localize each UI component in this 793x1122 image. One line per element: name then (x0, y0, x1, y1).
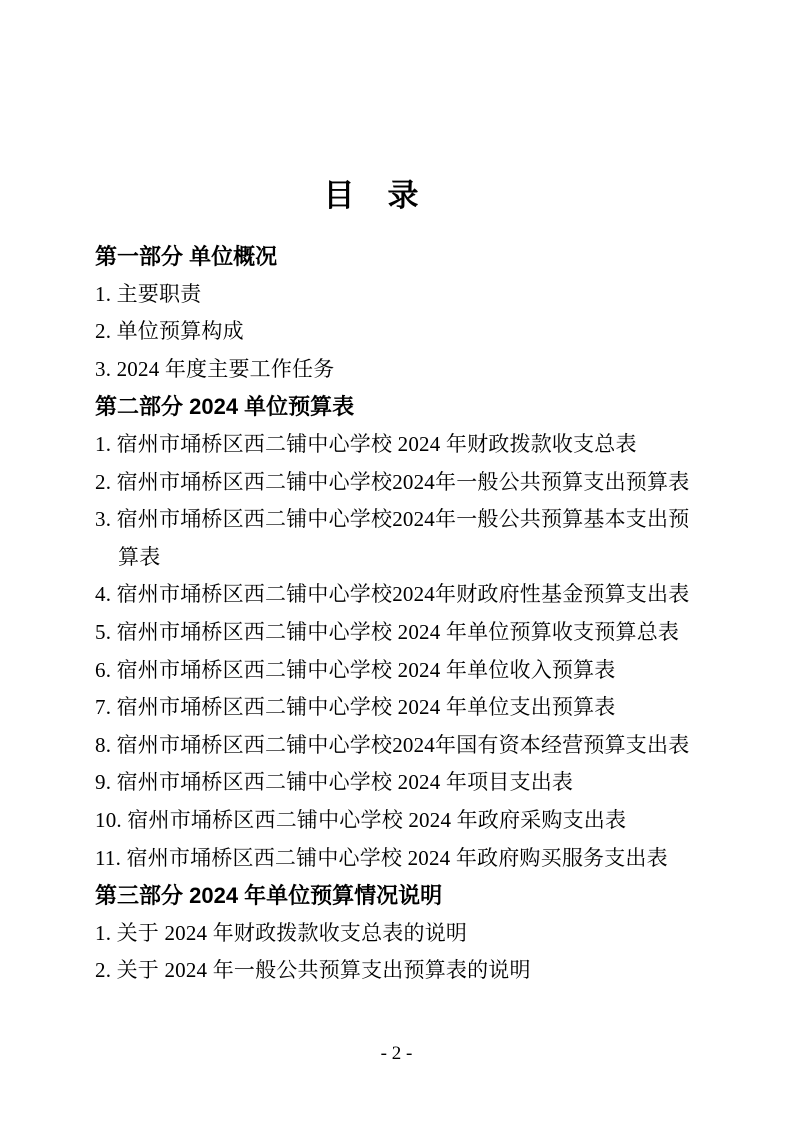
toc-item: 2. 宿州市埇桥区西二铺中心学校2024年一般公共预算支出预算表 (95, 464, 713, 502)
toc-item: 10. 宿州市埇桥区西二铺中心学校 2024 年政府采购支出表 (95, 802, 713, 840)
toc-item: 1. 宿州市埇桥区西二铺中心学校 2024 年财政拨款收支总表 (95, 426, 713, 464)
toc-item: 8. 宿州市埇桥区西二铺中心学校2024年国有资本经营预算支出表 (95, 727, 713, 765)
toc-item: 3. 2024 年度主要工作任务 (95, 351, 713, 389)
toc-item-continuation: 算表 (95, 539, 713, 577)
page-number: - 2 - (0, 1043, 793, 1064)
section-3-heading: 第三部分 2024 年单位预算情况说明 (95, 877, 713, 915)
toc-item: 4. 宿州市埇桥区西二铺中心学校2024年财政府性基金预算支出表 (95, 576, 713, 614)
toc-item: 6. 宿州市埇桥区西二铺中心学校 2024 年单位收入预算表 (95, 652, 713, 690)
table-of-contents: 第一部分 单位概况 1. 主要职责 2. 单位预算构成 3. 2024 年度主要… (95, 238, 713, 990)
toc-item: 9. 宿州市埇桥区西二铺中心学校 2024 年项目支出表 (95, 764, 713, 802)
toc-item: 7. 宿州市埇桥区西二铺中心学校 2024 年单位支出预算表 (95, 689, 713, 727)
page-title: 目 录 (69, 178, 674, 214)
toc-item: 5. 宿州市埇桥区西二铺中心学校 2024 年单位预算收支预算总表 (95, 614, 713, 652)
toc-item: 11. 宿州市埇桥区西二铺中心学校 2024 年政府购买服务支出表 (95, 840, 713, 878)
section-2-heading: 第二部分 2024 单位预算表 (95, 388, 713, 426)
toc-item: 3. 宿州市埇桥区西二铺中心学校2024年一般公共预算基本支出预 (95, 501, 713, 539)
toc-item: 1. 主要职责 (95, 276, 713, 314)
section-1-heading: 第一部分 单位概况 (95, 238, 713, 276)
document-page: 目 录 第一部分 单位概况 1. 主要职责 2. 单位预算构成 3. 2024 … (0, 0, 793, 1122)
toc-item: 2. 关于 2024 年一般公共预算支出预算表的说明 (95, 952, 713, 990)
toc-item: 1. 关于 2024 年财政拨款收支总表的说明 (95, 915, 713, 953)
toc-item: 2. 单位预算构成 (95, 313, 713, 351)
